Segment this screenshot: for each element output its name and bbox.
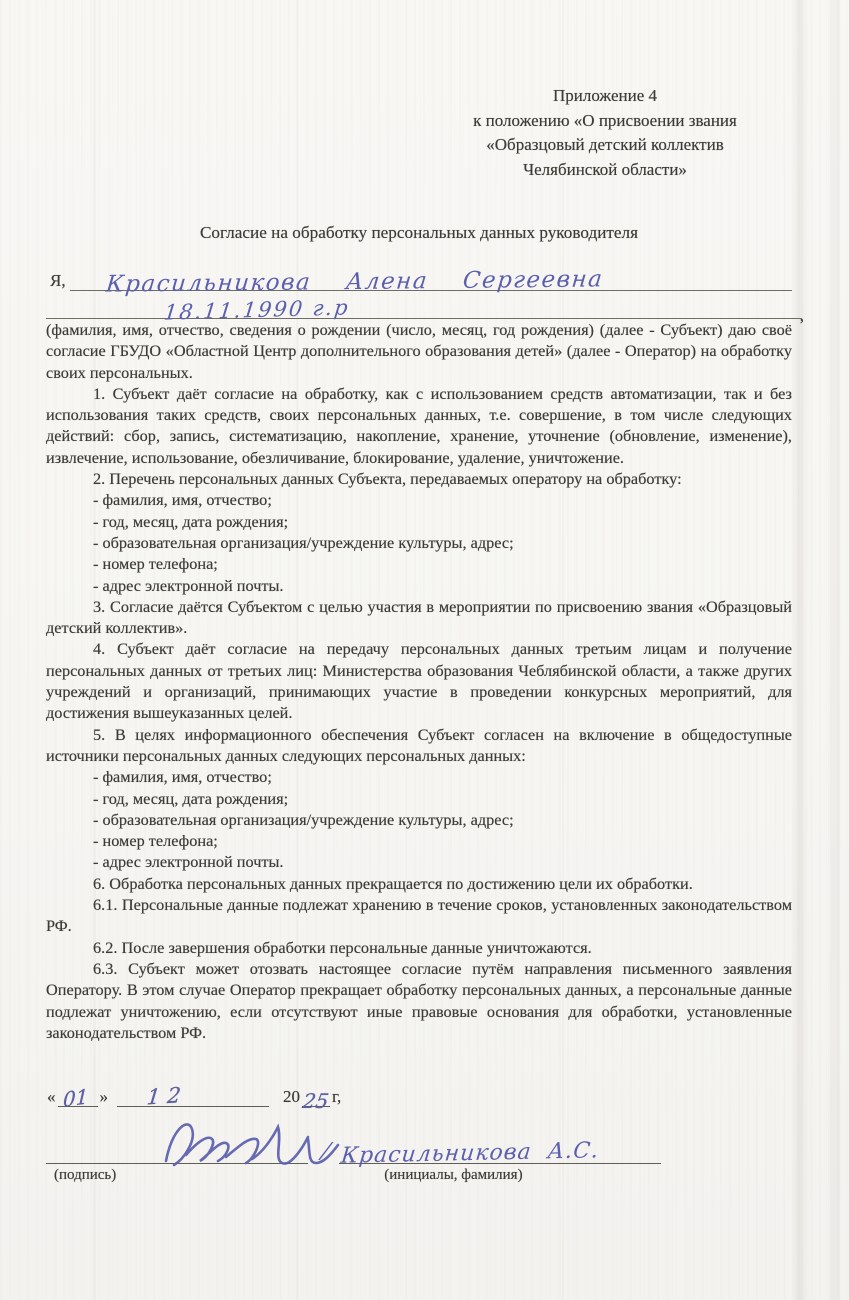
clause-6: 6. Обработка персональных данных прекращ…: [46, 873, 792, 894]
line-end-comma: ,: [800, 306, 804, 326]
intro-paragraph: (фамилия, имя, отчество, сведения о рожд…: [46, 319, 792, 383]
appendix-header-line-2: к положению «О присвоении звания: [424, 109, 786, 134]
list-item: - номер телефона;: [46, 553, 792, 574]
handwritten-month: 12: [146, 1083, 189, 1110]
signature-row: / Красильникова А.С.: [46, 1123, 792, 1164]
birthdate-fill-line: 18.11.1990 г.р ,: [46, 291, 802, 319]
signature-fill-line: [46, 1123, 308, 1164]
close-guillemet: »: [99, 1087, 110, 1107]
list-item: - фамилия, имя, отчество;: [46, 766, 792, 787]
handwritten-year: 25: [301, 1089, 331, 1113]
podpis-label: (подпись): [54, 1166, 116, 1184]
clause-3: 3. Согласие даётся Субъектом с целью уча…: [46, 596, 792, 639]
list-item: - адрес электронной почты.: [46, 575, 792, 596]
initials-fill-line: Красильникова А.С.: [339, 1123, 661, 1164]
list-item: - образовательная организация/учреждение…: [46, 532, 792, 553]
appendix-header-line-3: «Образцовый детский коллектив: [424, 133, 786, 158]
date-fill-in-row: « 01 » 12 20 25 г,: [46, 1077, 792, 1107]
document-title: Согласие на обработку персональных данны…: [46, 222, 792, 244]
clause-6-2: 6.2. После завершения обработки персонал…: [46, 937, 792, 958]
month-fill-line: 12: [117, 1082, 269, 1107]
year-suffix: г,: [332, 1087, 341, 1107]
personal-data-list-1: - фамилия, имя, отчество; - год, месяц, …: [46, 489, 792, 595]
open-guillemet: «: [46, 1087, 57, 1107]
list-item: - образовательная организация/учреждение…: [46, 809, 792, 830]
handwritten-day: 01: [62, 1084, 88, 1112]
handwritten-initials-surname: Красильникова А.С.: [340, 1138, 601, 1168]
clause-4: 4. Субъект даёт согласие на передачу пер…: [46, 638, 792, 723]
list-item: - фамилия, имя, отчество;: [46, 489, 792, 510]
year-fill-line: 25: [302, 1082, 330, 1107]
appendix-header-line-4: Челябинской области»: [424, 158, 786, 183]
subject-prefix: Я,: [46, 271, 70, 291]
clause-5: 5. В целях информационного обеспечения С…: [46, 724, 792, 767]
appendix-header: Приложение 4 к положению «О присвоении з…: [424, 84, 786, 182]
signature-scribble: [156, 1111, 346, 1173]
list-item: - год, месяц, дата рождения;: [46, 511, 792, 532]
subject-fill-in-block: Я, Красильникова Алена Сергеевна 18.11.1…: [46, 258, 792, 319]
list-item: - адрес электронной почты.: [46, 851, 792, 872]
name-fill-line: Красильникова Алена Сергеевна: [70, 258, 792, 291]
clause-2: 2. Перечень персональных данных Субъекта…: [46, 468, 792, 489]
clause-6-1: 6.1. Персональные данные подлежат хранен…: [46, 894, 792, 937]
clause-6-3: 6.3. Субъект может отозвать настоящее со…: [46, 958, 792, 1043]
clause-1: 1. Субъект даёт согласие на обработку, к…: [46, 383, 792, 468]
day-fill-line: 01: [58, 1082, 98, 1107]
year-prefix: 20: [283, 1087, 300, 1107]
list-item: - год, месяц, дата рождения;: [46, 788, 792, 809]
initials-label: (инициалы, фамилия): [384, 1166, 522, 1184]
personal-data-list-2: - фамилия, имя, отчество; - год, месяц, …: [46, 766, 792, 872]
list-item: - номер телефона;: [46, 830, 792, 851]
scanned-document-page: Приложение 4 к положению «О присвоении з…: [0, 0, 849, 1300]
appendix-header-line-1: Приложение 4: [424, 84, 786, 109]
